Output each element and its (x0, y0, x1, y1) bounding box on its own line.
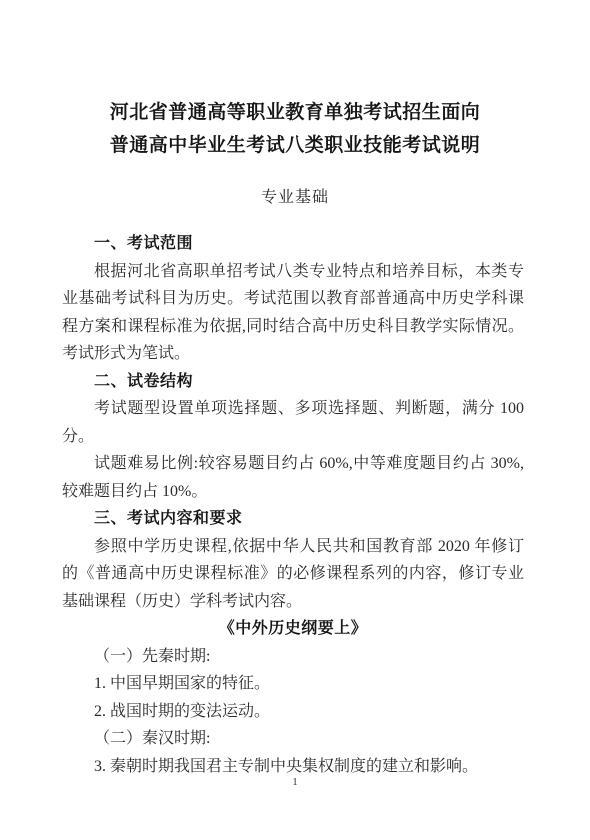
paragraph-line: 分。 (62, 423, 524, 451)
paragraph-line: 参照中学历史课程,依据中华人民共和国教育部 2020 年修订 (62, 533, 524, 561)
paragraph-line: 的《普通高中历史课程标准》的必修课程系列的内容，修订专业 (62, 560, 524, 588)
volume-heading: 《中外历史纲要上》 (62, 615, 524, 643)
title-line-1: 河北省普通高等职业教育单独考试招生面向 (0, 96, 590, 129)
page-number: 1 (0, 776, 590, 788)
paragraph-line: 试题难易比例:较容易题目约占 60%,中等难度题目约占 30%, (62, 450, 524, 478)
paragraph-line: 基础课程（历史）学科考试内容。 (62, 588, 524, 616)
section-heading: 一、考试范围 (62, 230, 524, 258)
document-page: 河北省普通高等职业教育单独考试招生面向 普通高中毕业生考试八类职业技能考试说明 … (0, 0, 590, 840)
paragraph-line: 考试题型设置单项选择题、多项选择题、判断题，满分 100 (62, 395, 524, 423)
paragraph-line: 业基础考试科目为历史。考试范围以教育部普通高中历史学科课 (62, 285, 524, 313)
outline-item: 1. 中国早期国家的特征。 (62, 670, 524, 698)
document-title: 河北省普通高等职业教育单独考试招生面向 普通高中毕业生考试八类职业技能考试说明 (0, 0, 590, 162)
paragraph-line: 较难题目约占 10%。 (62, 478, 524, 506)
title-line-2: 普通高中毕业生考试八类职业技能考试说明 (0, 129, 590, 162)
paragraph-line: 程方案和课程标准为依据,同时结合高中历史科目教学实际情况。 (62, 313, 524, 341)
outline-item: （二）秦汉时期: (62, 725, 524, 753)
outline-item: （一）先秦时期: (62, 643, 524, 671)
paragraph-line: 根据河北省高职单招考试八类专业特点和培养目标，本类专 (62, 258, 524, 286)
section-heading: 二、试卷结构 (62, 368, 524, 396)
section-heading: 三、考试内容和要求 (62, 505, 524, 533)
document-body: 一、考试范围根据河北省高职单招考试八类专业特点和培养目标，本类专业基础考试科目为… (62, 230, 524, 780)
paragraph-line: 考试形式为笔试。 (62, 340, 524, 368)
document-subtitle: 专业基础 (0, 188, 590, 208)
outline-item: 2. 战国时期的变法运动。 (62, 698, 524, 726)
